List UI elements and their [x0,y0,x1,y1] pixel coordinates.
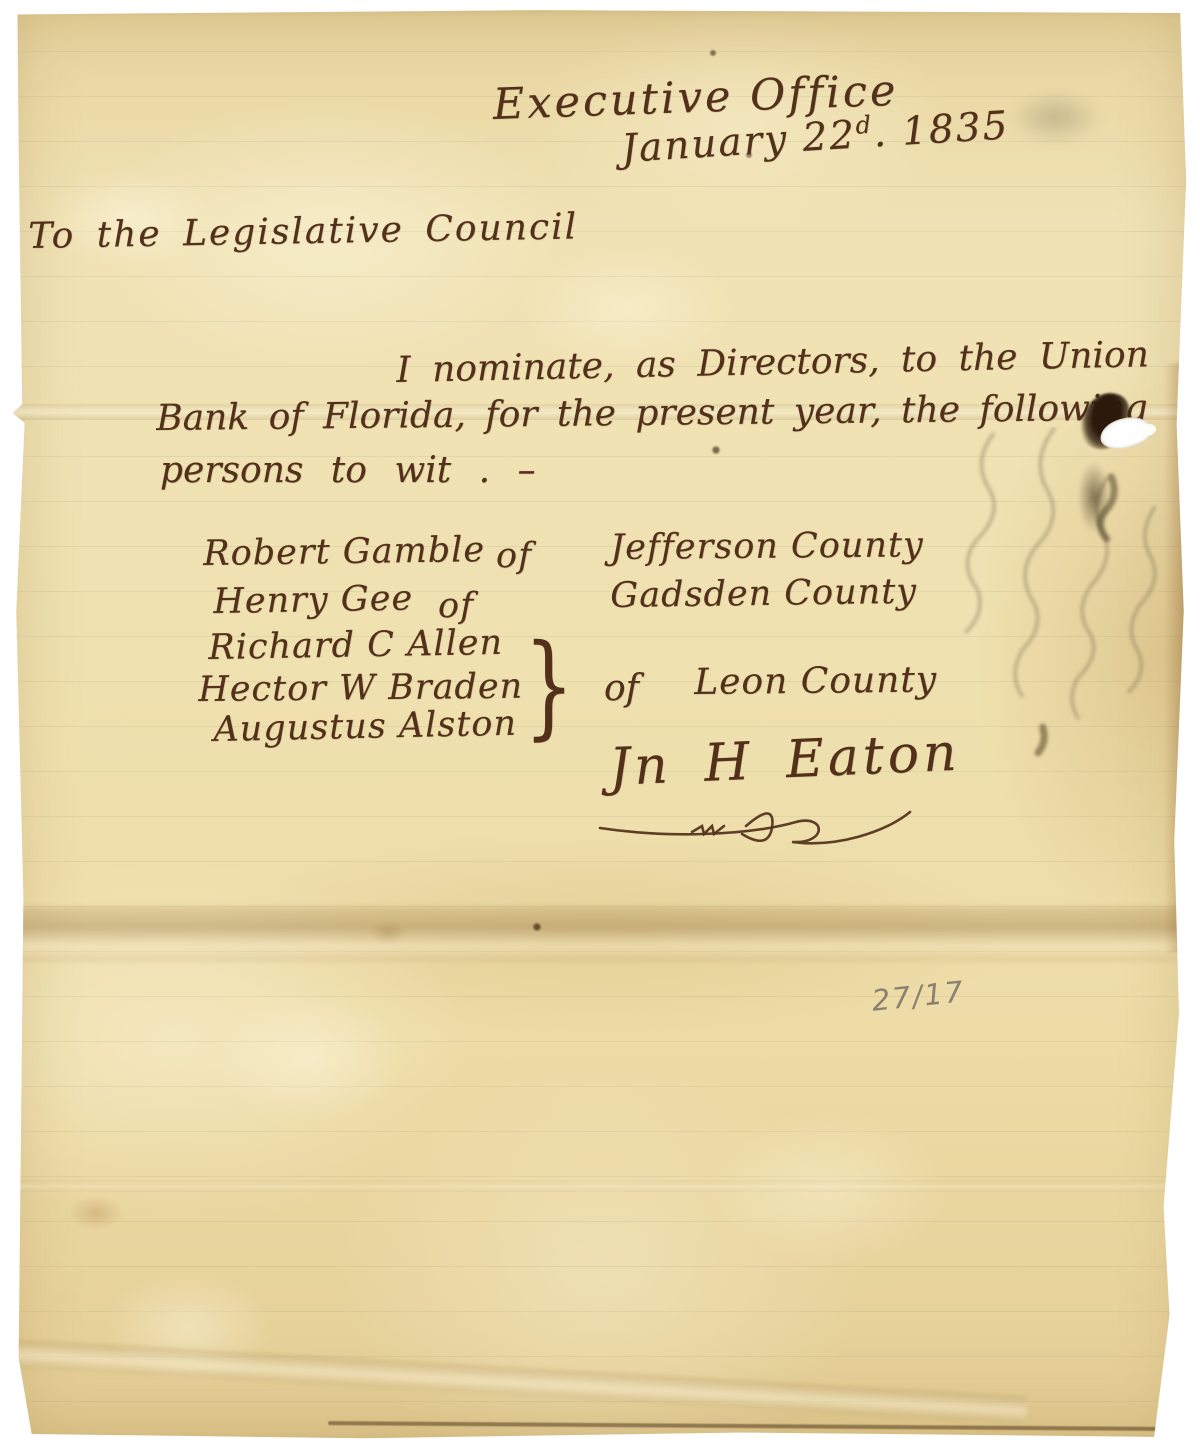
group-of: of [604,668,639,709]
ink-smudge [1008,90,1103,145]
nominee-name-1: Robert Gamble [203,530,485,574]
nominee-name-2: Henry Gee [213,579,413,622]
fold-crease-lower [8,1180,1192,1192]
bleed-through-writing [907,416,1200,900]
nominee-name-4: Hector W Braden [198,667,523,710]
group-county: Leon County [694,659,937,703]
group-brace: } [524,630,574,742]
right-edge-discoloration-lower [1168,1138,1188,1428]
nominee-county-1: Jefferson County [610,525,924,568]
signature-flourish [596,792,916,848]
nominee-name-5: Augustus Alston [213,704,517,750]
nominee-of-2: of [438,586,474,626]
scanned-letter: Executive Office January 22d. 1835 To th… [0,0,1200,1451]
nominee-of-1: of [496,536,532,576]
ink-blot-secondary [1078,462,1110,532]
nominee-name-3: Richard C Allen [208,623,503,668]
fold-crease-middle [8,906,1192,962]
date-year: . 1835 [872,103,1011,156]
nominee-county-2: Gadsden County [610,572,917,616]
body-line-3: persons to wit . – [160,450,536,491]
